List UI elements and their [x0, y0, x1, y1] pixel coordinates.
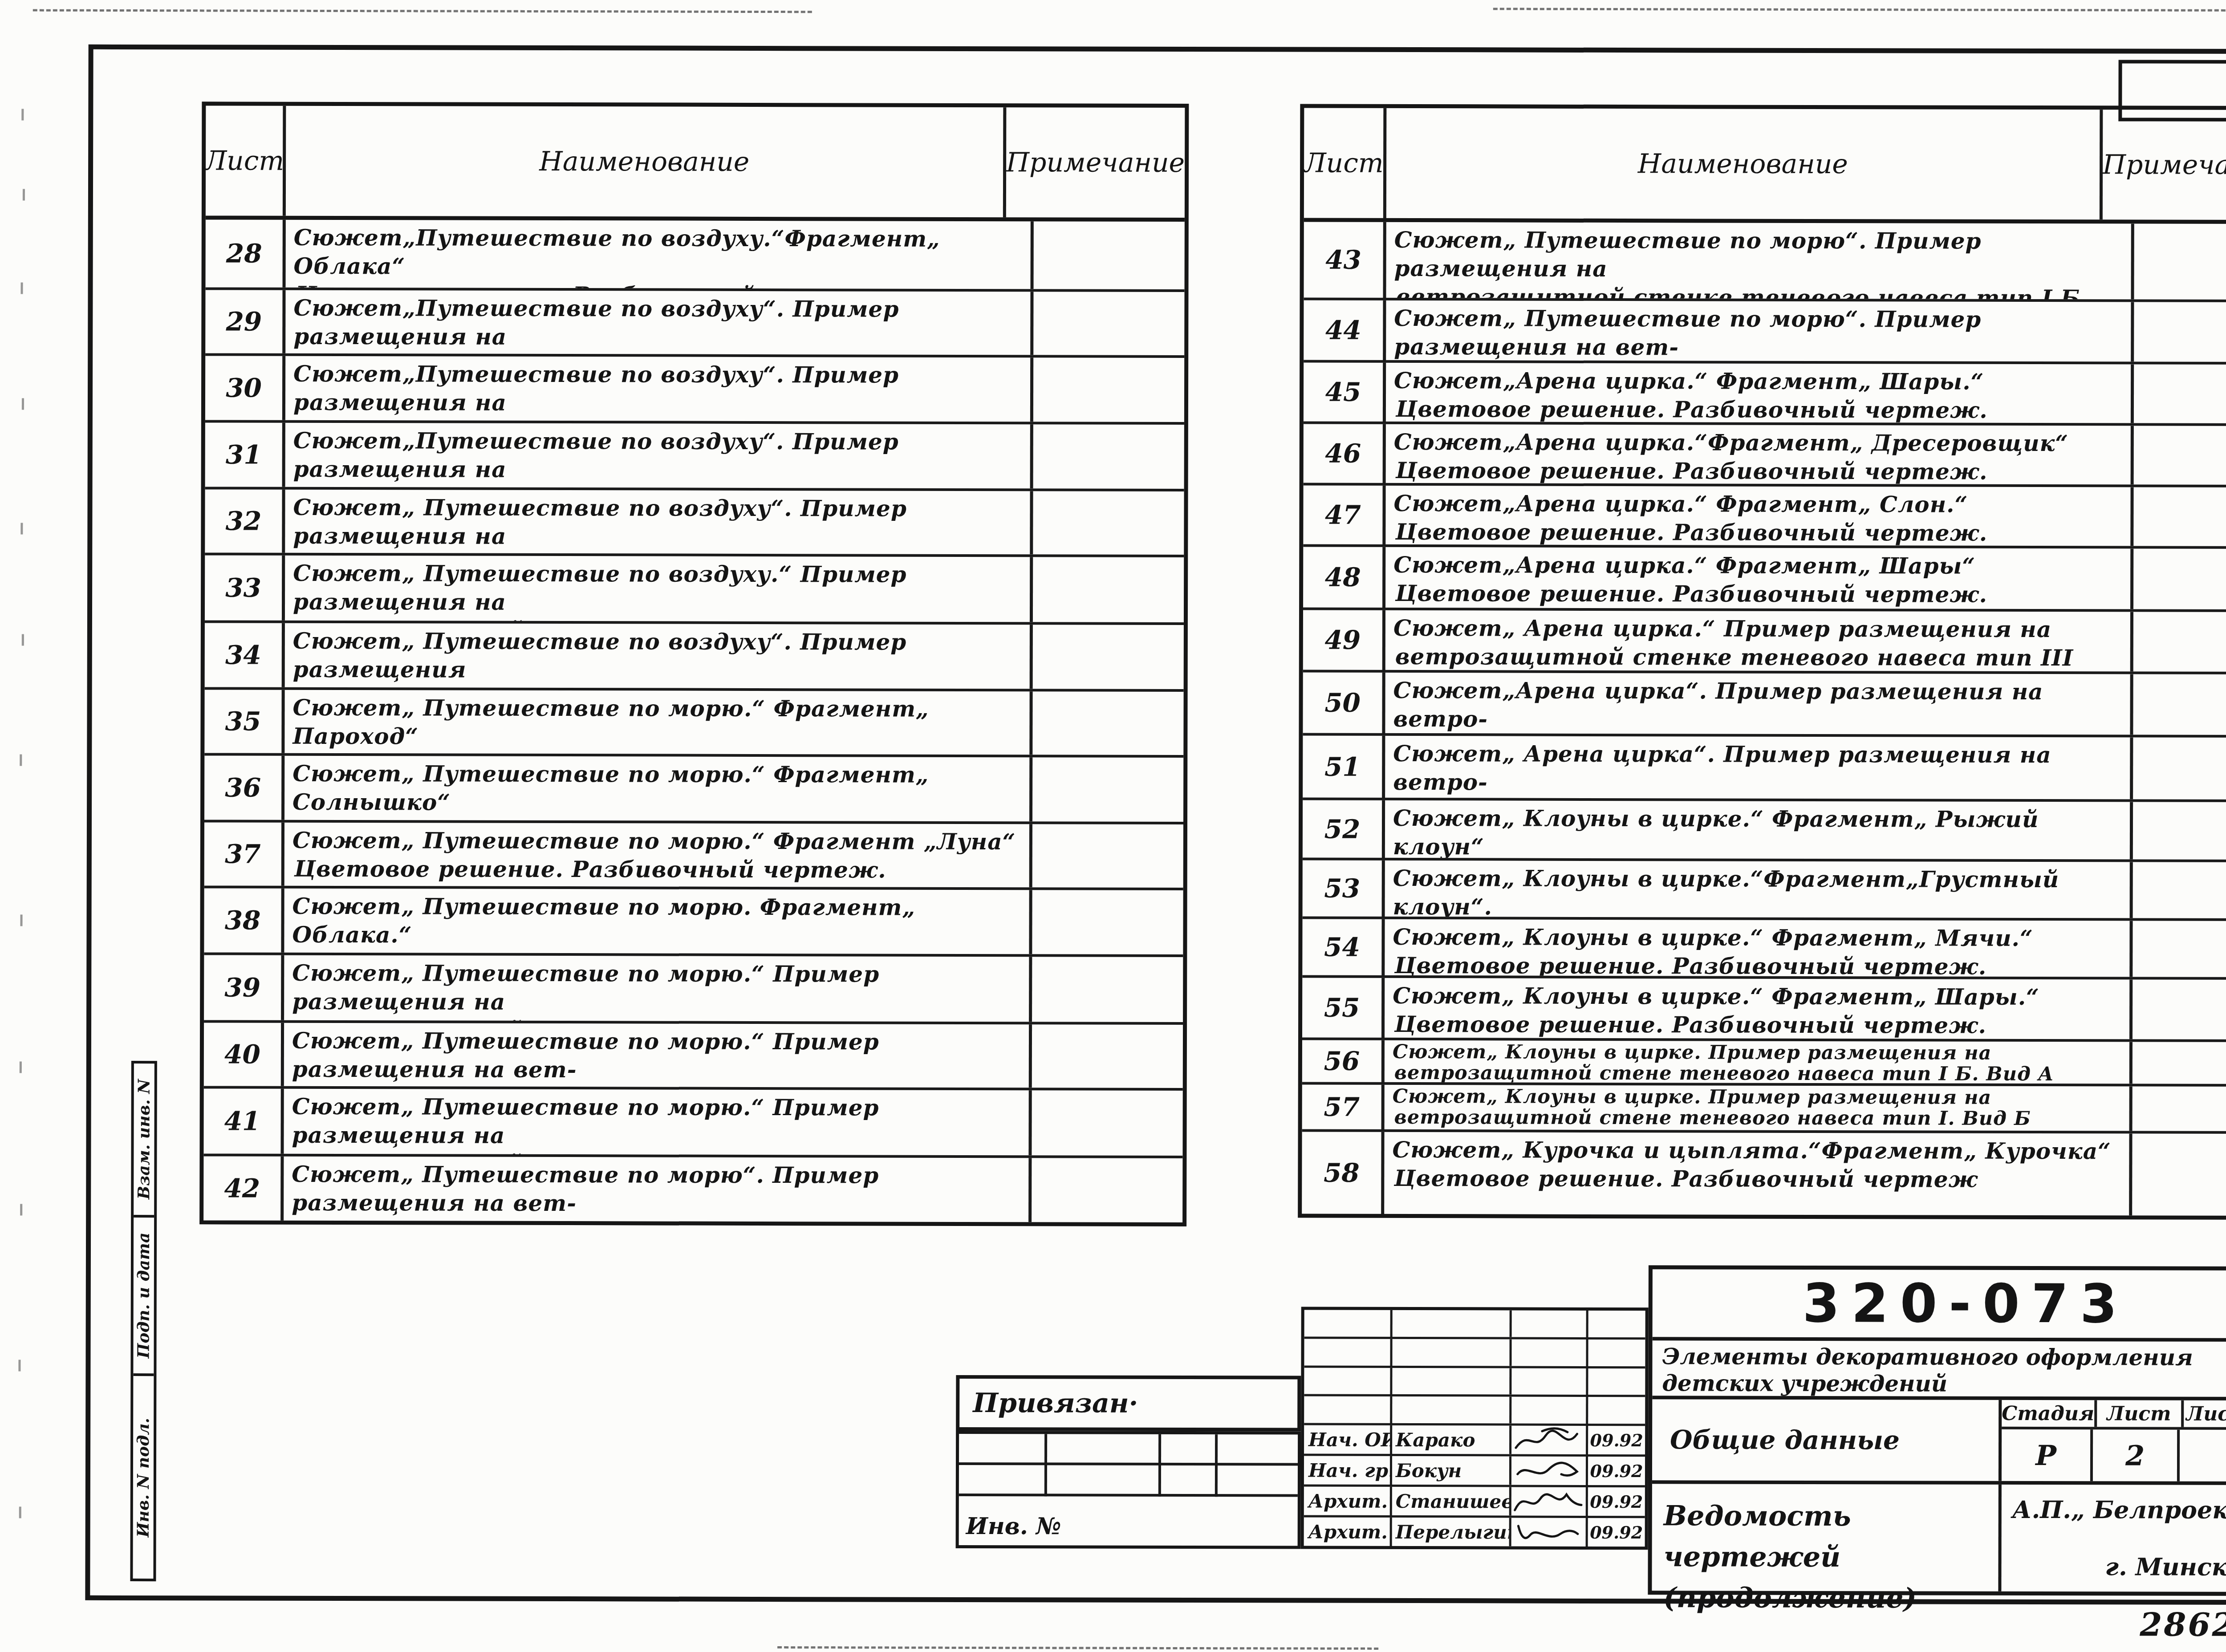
- inventory-grid: Инв. №: [956, 1431, 1301, 1549]
- row-title: Сюжет„ Арена цирка“. Пример размещения н…: [1385, 736, 2133, 800]
- table-row: 53Сюжет„ Клоуны в цирке.“Фрагмент„Грустн…: [1303, 858, 2226, 919]
- row-title: Сюжет„ Путешествие по морю.“ Фрагмент „Л…: [284, 823, 1032, 888]
- row-title: Сюжет„ Путешествие по воздуху“. Пример р…: [285, 623, 1033, 689]
- scan-tick: [20, 755, 22, 766]
- row-sheet-number: 40: [204, 1023, 284, 1086]
- row-sheet-number: 44: [1304, 300, 1386, 360]
- scan-tick: [21, 109, 24, 121]
- margin-cell-inv-podl: Инв. N подл.: [133, 1376, 154, 1579]
- table-row: 49Сюжет„ Арена цирка.“ Пример размещения…: [1303, 608, 2226, 672]
- column-header-sheet: Лист: [1304, 108, 1387, 218]
- signature-row: Нач. ОИ Карако 09.92: [1304, 1423, 1645, 1455]
- row-sheet-number: 33: [205, 555, 285, 620]
- binding-label: Привязан·: [973, 1388, 1138, 1419]
- signer-name: Станишевская: [1396, 1490, 1511, 1512]
- row-sheet-number: 36: [204, 755, 284, 820]
- row-sheet-number: 37: [204, 822, 284, 885]
- signature-date: 09.92: [1590, 1430, 1643, 1450]
- row-title: Сюжет„ Путешествие по морю.“ Пример разм…: [284, 1089, 1032, 1156]
- row-sheet-number: 54: [1302, 919, 1385, 975]
- row-title: Сюжет„ Клоуны в цирке. Пример размещения…: [1385, 1085, 2133, 1131]
- row-title: Сюжет„ Путешествие по воздуху.“ Пример р…: [285, 556, 1033, 622]
- row-title: Сюжет„Путешествие по воздуху“. Пример ра…: [285, 290, 1033, 355]
- row-title: Сюжет„ Клоуны в цирке. Пример размещения…: [1385, 1040, 2133, 1084]
- scan-tick: [22, 634, 24, 646]
- row-sheet-number: 52: [1303, 800, 1385, 858]
- row-note: [2133, 802, 2226, 860]
- signature-date: 09.92: [1590, 1491, 1643, 1511]
- project-title-line2: детских учреждений: [1662, 1370, 2226, 1398]
- row-sheet-number: 38: [204, 888, 284, 952]
- row-sheet-number: 42: [203, 1156, 284, 1220]
- row-sheet-number: 43: [1304, 222, 1386, 298]
- sheets-label: Листов: [2184, 1400, 2226, 1427]
- column-header-name: Наименование: [1386, 108, 2103, 219]
- row-note: [1033, 625, 1184, 689]
- stage-sheet-header-row: Стадия Лист Листов: [2002, 1400, 2226, 1430]
- row-sheet-number: 53: [1303, 861, 1385, 917]
- table-row: 41Сюжет„ Путешествие по морю.“ Пример ра…: [203, 1086, 1182, 1156]
- row-sheet-number: 39: [204, 955, 284, 1020]
- signer-role: Архит.: [1308, 1490, 1388, 1512]
- sheet-label: Лист: [2097, 1400, 2184, 1427]
- row-sheet-number: 46: [1304, 424, 1386, 483]
- signature-mark: [1511, 1487, 1586, 1516]
- row-note: [1032, 890, 1183, 954]
- scan-tick: [19, 1507, 21, 1518]
- document-number: 320-073: [1653, 1269, 2226, 1342]
- signature-row-empty: [1304, 1365, 1645, 1395]
- scan-tick: [20, 1062, 22, 1073]
- signature-row: Нач. гр. Бокун 09.92: [1304, 1454, 1645, 1486]
- signature-row-empty: [1304, 1394, 1645, 1424]
- row-title: Сюжет„Арена цирка.“ Фрагмент„ Слон.“Цвет…: [1385, 486, 2133, 546]
- table-row: 56Сюжет„ Клоуны в цирке. Пример размещен…: [1302, 1038, 2226, 1084]
- scan-tick: [20, 915, 23, 926]
- table-row: 57Сюжет„ Клоуны в цирке. Пример размещен…: [1302, 1082, 2226, 1132]
- row-title: Сюжет„ Клоуны в цирке.“ Фрагмент„ Рыжий …: [1385, 800, 2133, 860]
- title-block: 320-073 Элементы декоративного оформлени…: [1648, 1265, 2226, 1596]
- content-title: Ведомость чертежей (продолжение): [1652, 1484, 2002, 1591]
- signer-role: Архит.: [1308, 1521, 1388, 1542]
- row-title: Сюжет„ Клоуны в цирке.“Фрагмент„Грустный…: [1385, 861, 2133, 918]
- table-row: 34Сюжет„ Путешествие по воздуху“. Пример…: [205, 620, 1184, 689]
- row-title: Сюжет„Арена цирка.“Фрагмент„ Дресеровщик…: [1386, 424, 2134, 485]
- grid-line: [959, 1494, 1298, 1497]
- row-note: [1032, 691, 1183, 755]
- row-title: Сюжет„Арена цирка.“ Фрагмент„ Шары.“Цвет…: [1386, 363, 2134, 423]
- row-title: Сюжет„ Путешествие по морю“. Пример разм…: [1386, 300, 2134, 362]
- row-title: Сюжет„Арена цирка.“ Фрагмент„ Шары“Цвето…: [1385, 547, 2133, 609]
- scan-tick: [20, 1204, 22, 1216]
- stage-sheet-grid: Стадия Лист Листов Р 2: [2002, 1400, 2226, 1482]
- table-row: 45Сюжет„Арена цирка.“ Фрагмент„ Шары.“Цв…: [1304, 360, 2226, 424]
- signature-row-empty: [1304, 1336, 1645, 1366]
- scan-tick: [18, 1360, 20, 1372]
- row-note: [1033, 424, 1184, 489]
- row-note: [2133, 674, 2226, 735]
- margin-cell-label: Взам. инв. N: [134, 1079, 154, 1199]
- row-sheet-number: 49: [1303, 610, 1385, 670]
- signature-date: 09.92: [1590, 1461, 1643, 1481]
- signature-mark: [1511, 1426, 1586, 1454]
- signature-mark: [1511, 1457, 1586, 1485]
- row-note: [1032, 957, 1183, 1022]
- row-sheet-number: 32: [205, 489, 285, 552]
- row-title: Сюжет„ Путешествие по морю.“ Пример разм…: [284, 1023, 1032, 1088]
- scan-tick: [22, 398, 24, 410]
- row-sheet-number: 35: [204, 690, 284, 753]
- row-title: Сюжет„ Курочка и цыплята.“Фрагмент„ Куро…: [1384, 1132, 2132, 1216]
- table-row: 48Сюжет„Арена цирка.“ Фрагмент„ Шары“Цве…: [1303, 544, 2226, 610]
- content-title-line2: (продолжение): [1663, 1577, 1998, 1619]
- archive-code: 2862/1: [2140, 1605, 2226, 1644]
- row-note: [1034, 221, 1185, 289]
- row-title: Сюжет„ Арена цирка.“ Пример размещения н…: [1385, 610, 2133, 672]
- drawings-table-left-rows: 28Сюжет„Путешествие по воздуху.“Фрагмент…: [203, 219, 1185, 1222]
- column-header-note: Примечание: [1006, 107, 1185, 218]
- stage-label: Стадия: [2002, 1400, 2097, 1427]
- binding-box: Привязан·: [956, 1375, 1301, 1432]
- row-sheet-number: 58: [1302, 1132, 1384, 1214]
- margin-cell-vzam-inv: Взам. инв. N: [134, 1063, 154, 1218]
- table-row: 32Сюжет„ Путешествие по воздуху“. Пример…: [205, 487, 1184, 555]
- scanned-drawing-sheet: 3 Лист Наименование Примечание 28Сюжет„П…: [0, 0, 2226, 1652]
- margin-cell-label: Инв. N подл.: [134, 1417, 153, 1537]
- scan-artifact-bottom-dashes: [777, 1646, 1378, 1650]
- stage-sheet-value-row: Р 2: [2002, 1429, 2226, 1482]
- margin-stamp-column: Взам. инв. N Подп. и дата Инв. N подл.: [130, 1061, 157, 1581]
- signer-name: Бокун: [1396, 1459, 1462, 1481]
- sheet-value: 2: [2093, 1429, 2180, 1481]
- grid-line: [1044, 1434, 1047, 1496]
- grid-line: [1215, 1434, 1218, 1497]
- row-title: Сюжет„Арена цирка“. Пример размещения на…: [1385, 673, 2133, 735]
- row-note: [2133, 1042, 2226, 1084]
- row-sheet-number: 56: [1302, 1040, 1385, 1082]
- row-sheet-number: 28: [206, 219, 286, 287]
- row-sheet-number: 51: [1303, 736, 1385, 798]
- table-row: 58Сюжет„ Курочка и цыплята.“Фрагмент„ Ку…: [1302, 1129, 2226, 1216]
- scan-tick: [23, 189, 25, 201]
- scan-artifact-top-dashes: [33, 9, 812, 13]
- grid-line: [959, 1462, 1298, 1466]
- row-note: [2133, 979, 2226, 1039]
- signature-row-empty: [1304, 1310, 1645, 1337]
- row-title: Сюжет„ Путешествие по воздуху“. Пример р…: [285, 490, 1033, 555]
- table-row: 33Сюжет„ Путешествие по воздуху.“ Пример…: [205, 552, 1184, 622]
- row-title: Сюжет„ Путешествие по морю.“ Фрагмент„ П…: [284, 690, 1032, 755]
- row-note: [2133, 548, 2226, 609]
- row-note: [2133, 862, 2226, 918]
- column-header-name: Наименование: [286, 106, 1006, 217]
- row-note: [1032, 1024, 1183, 1088]
- row-sheet-number: 48: [1303, 547, 1385, 608]
- row-title: Сюжет„ Путешествие по морю“. Пример разм…: [284, 1157, 1032, 1222]
- table-row: 46Сюжет„Арена цирка.“Фрагмент„ Дресеровщ…: [1304, 422, 2226, 485]
- row-note: [2133, 921, 2226, 977]
- row-note: [2134, 223, 2226, 300]
- row-note: [1032, 757, 1183, 822]
- organization-cell: А.П.„ Белпроект“ г. Минск: [2001, 1485, 2226, 1592]
- row-note: [2134, 364, 2226, 423]
- signer-role: Нач. гр.: [1308, 1459, 1392, 1481]
- row-note: [2132, 1133, 2226, 1216]
- drawings-table-left-header: Лист Наименование Примечание: [206, 106, 1185, 222]
- margin-cell-podp-data: Подп. и дата: [133, 1218, 154, 1376]
- table-row: 52Сюжет„ Клоуны в цирке.“ Фрагмент„ Рыжи…: [1303, 798, 2226, 860]
- scan-tick: [20, 283, 23, 294]
- row-note: [2133, 487, 2226, 546]
- table-row: 28Сюжет„Путешествие по воздуху.“Фрагмент…: [206, 219, 1185, 289]
- table-row: 37Сюжет„ Путешествие по морю.“ Фрагмент …: [204, 820, 1183, 888]
- table-row: 39Сюжет„ Путешествие по морю.“ Пример ра…: [204, 952, 1183, 1022]
- row-title: Сюжет„ Путешествие по морю.“ Пример разм…: [284, 955, 1032, 1022]
- table-row: 54Сюжет„ Клоуны в цирке.“ Фрагмент„ Мячи…: [1302, 917, 2226, 978]
- project-title-line1: Элементы декоративного оформления: [1662, 1343, 2226, 1371]
- row-sheet-number: 55: [1302, 978, 1385, 1038]
- row-note: [1033, 357, 1184, 422]
- row-note: [2133, 737, 2226, 800]
- title-block-bottom: Ведомость чертежей (продолжение) А.П.„ Б…: [1652, 1484, 2226, 1592]
- signature-grid: Нач. ОИ Карако 09.92 Нач. гр. Бокун 09.9…: [1301, 1307, 1649, 1550]
- drawings-table-right-header: Лист Наименование Примечание: [1304, 108, 2226, 224]
- row-note: [2134, 302, 2226, 362]
- drawings-table-right: Лист Наименование Примечание 43Сюжет„ Пу…: [1298, 104, 2226, 1220]
- scan-artifact-edge-ticks: [2, 0, 2226, 3]
- signature-row: Архит. Станишевская 09.92: [1304, 1485, 1645, 1516]
- row-note: [1032, 1158, 1182, 1222]
- row-sheet-number: 34: [205, 623, 285, 687]
- scan-tick: [20, 523, 23, 535]
- row-note: [2134, 426, 2226, 485]
- signature-mark: [1511, 1518, 1586, 1546]
- table-row: 30Сюжет„Путешествие по воздуху“. Пример …: [205, 353, 1184, 422]
- row-note: [2133, 612, 2226, 672]
- table-row: 29Сюжет„Путешествие по воздуху“. Пример …: [205, 287, 1184, 355]
- row-sheet-number: 45: [1304, 363, 1386, 422]
- table-row: 42Сюжет„ Путешествие по морю“. Пример ра…: [203, 1153, 1182, 1222]
- row-sheet-number: 29: [205, 290, 285, 353]
- table-row: 47Сюжет„Арена цирка.“ Фрагмент„ Слон.“Цв…: [1303, 483, 2226, 547]
- row-note: [2133, 1086, 2226, 1131]
- drawings-table-left: Лист Наименование Примечание 28Сюжет„Пут…: [199, 101, 1189, 1226]
- title-block-middle: Общие данные Стадия Лист Листов Р 2: [1652, 1399, 2226, 1485]
- row-note: [1033, 557, 1184, 622]
- row-title: Сюжет„ Путешествие по морю. Фрагмент„ Об…: [284, 889, 1032, 954]
- row-title: Сюжет„ Путешествие по морю“. Пример разм…: [1386, 222, 2134, 300]
- signature-row: Архит. Перелыгина 09.92: [1304, 1515, 1645, 1547]
- table-row: 40Сюжет„ Путешествие по морю.“ Пример ра…: [204, 1020, 1183, 1088]
- row-sheet-number: 47: [1303, 486, 1385, 544]
- row-sheet-number: 57: [1302, 1085, 1385, 1129]
- row-note: [1032, 1090, 1182, 1156]
- sheet-content: 3 Лист Наименование Примечание 28Сюжет„П…: [0, 0, 2226, 1652]
- table-row: 36Сюжет„ Путешествие по морю.“ Фрагмент„…: [204, 753, 1183, 822]
- signature-date: 09.92: [1590, 1522, 1643, 1542]
- section-title: Общие данные: [1652, 1399, 2002, 1481]
- row-note: [1033, 292, 1184, 355]
- row-title: Сюжет„ Клоуны в цирке.“ Фрагмент„ Шары.“…: [1385, 978, 2133, 1039]
- row-title: Сюжет„ Клоуны в цирке.“ Фрагмент„ Мячи.“…: [1385, 919, 2133, 977]
- organization-name: А.П.„ Белпроект“: [2002, 1495, 2226, 1524]
- row-title: Сюжет„Путешествие по воздуху“. Пример ра…: [285, 356, 1033, 422]
- project-title: Элементы декоративного оформления детски…: [1652, 1340, 2226, 1400]
- column-header-note: Примечание: [2102, 110, 2226, 220]
- margin-cell-label: Подп. и дата: [134, 1233, 153, 1359]
- scan-artifact-top-dashes: [1493, 8, 2226, 12]
- column-header-sheet: Лист: [206, 106, 286, 215]
- row-note: [1033, 491, 1184, 555]
- content-title-line1: Ведомость чертежей: [1663, 1495, 1998, 1578]
- row-note: [1032, 824, 1183, 888]
- table-row: 43Сюжет„ Путешествие по морю“. Пример ра…: [1304, 222, 2226, 300]
- drawings-table-right-rows: 43Сюжет„ Путешествие по морю“. Пример ра…: [1302, 222, 2226, 1216]
- row-sheet-number: 41: [203, 1088, 284, 1153]
- row-title: Сюжет„Путешествие по воздуху.“Фрагмент„ …: [286, 220, 1034, 289]
- signer-name: Перелыгина: [1396, 1521, 1511, 1543]
- row-sheet-number: 50: [1303, 673, 1385, 733]
- row-title: Сюжет„Путешествие по воздуху“. Пример ра…: [285, 423, 1033, 489]
- table-row: 31Сюжет„Путешествие по воздуху“. Пример …: [205, 420, 1184, 489]
- signer-name: Карако: [1396, 1429, 1475, 1450]
- table-row: 51Сюжет„ Арена цирка“. Пример размещения…: [1303, 733, 2226, 800]
- row-sheet-number: 31: [205, 422, 285, 487]
- table-row: 50Сюжет„Арена цирка“. Пример размещения …: [1303, 670, 2226, 735]
- row-sheet-number: 30: [205, 356, 285, 420]
- organization-city: г. Минск: [2001, 1552, 2226, 1581]
- table-row: 35Сюжет„ Путешествие по морю.“ Фрагмент„…: [204, 687, 1183, 755]
- table-row: 38Сюжет„ Путешествие по морю. Фрагмент„ …: [204, 885, 1183, 954]
- stage-value: Р: [2002, 1429, 2093, 1481]
- sheets-value: [2180, 1430, 2226, 1482]
- table-row: 44Сюжет„ Путешествие по морю“. Пример ра…: [1304, 298, 2226, 362]
- table-row: 55Сюжет„ Клоуны в цирке.“ Фрагмент„ Шары…: [1302, 975, 2226, 1040]
- signer-role: Нач. ОИ: [1308, 1429, 1392, 1450]
- row-title: Сюжет„ Путешествие по морю.“ Фрагмент„ С…: [284, 756, 1032, 822]
- grid-line: [1158, 1434, 1161, 1497]
- inventory-number-label: Инв. №: [966, 1513, 1061, 1540]
